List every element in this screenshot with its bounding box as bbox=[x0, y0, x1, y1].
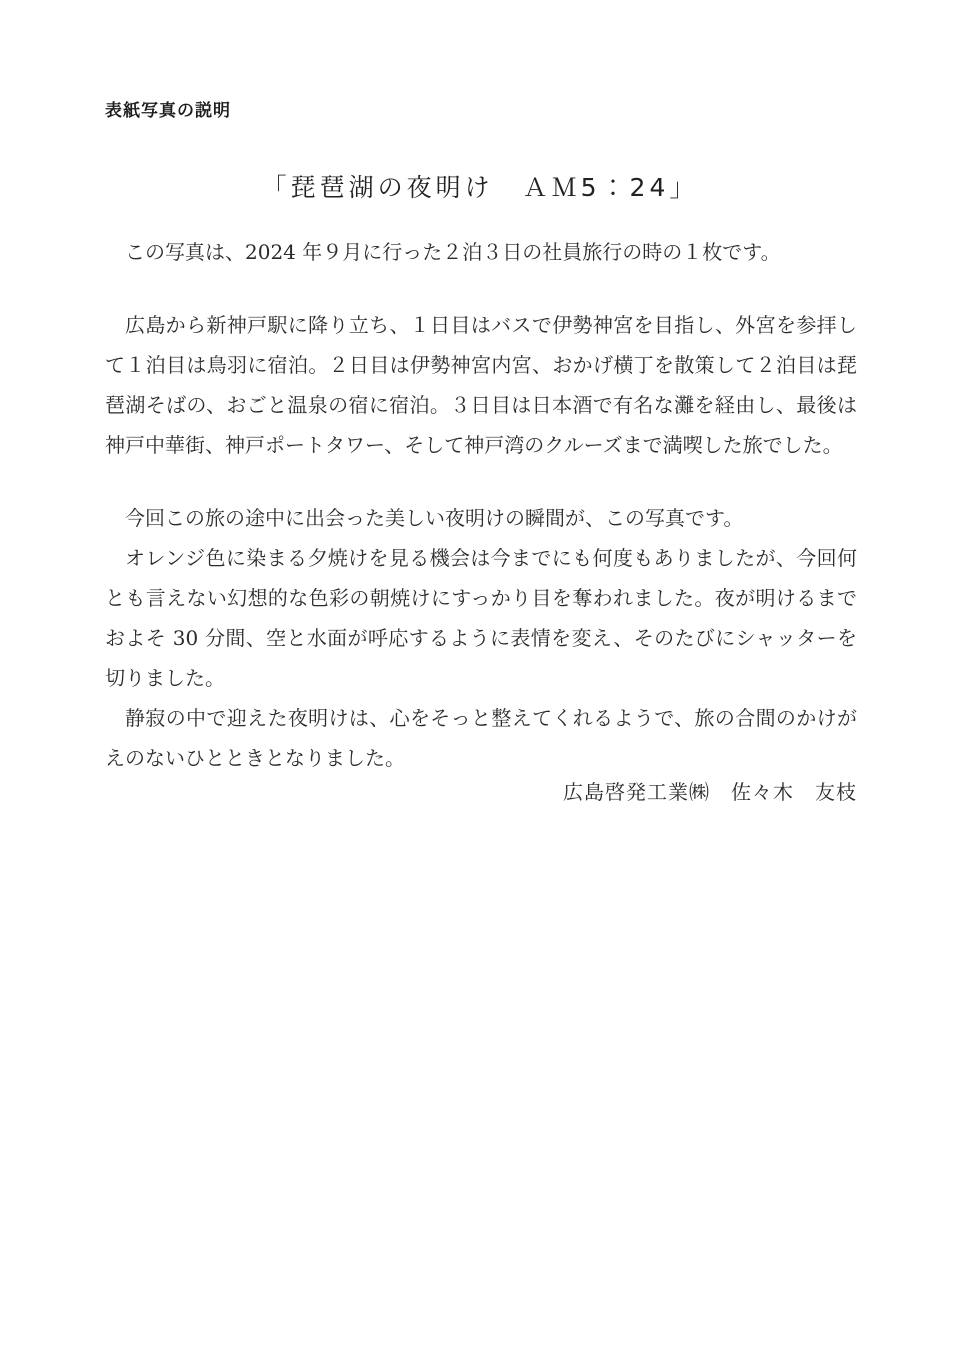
paragraph-closing: 静寂の中で迎えた夜明けは、心をそっと整えてくれるようで、旅の合間のかけがえのない… bbox=[105, 698, 857, 778]
document-body: この写真は、2024 年９月に行った２泊３日の社員旅行の時の１枚です。 広島から… bbox=[105, 232, 857, 778]
paragraph-itinerary: 広島から新神戸駅に降り立ち、１日目はバスで伊勢神宮を目指し、外宮を参拝して１泊目… bbox=[105, 305, 857, 465]
paragraph-sunrise: オレンジ色に染まる夕焼けを見る機会は今までにも何度もありましたが、今回何とも言え… bbox=[105, 538, 857, 698]
paragraph-intro: この写真は、2024 年９月に行った２泊３日の社員旅行の時の１枚です。 bbox=[105, 232, 857, 272]
photo-title: 「琵琶湖の夜明け ＡＭ5：24」 bbox=[0, 168, 960, 204]
paragraph-moment: 今回この旅の途中に出会った美しい夜明けの瞬間が、この写真です。 bbox=[105, 498, 857, 538]
document-header-label: 表紙写真の説明 bbox=[105, 96, 231, 121]
document-page: 表紙写真の説明 「琵琶湖の夜明け ＡＭ5：24」 この写真は、2024 年９月に… bbox=[0, 0, 960, 1358]
author-signature: 広島啓発工業㈱ 佐々木 友枝 bbox=[105, 776, 857, 805]
